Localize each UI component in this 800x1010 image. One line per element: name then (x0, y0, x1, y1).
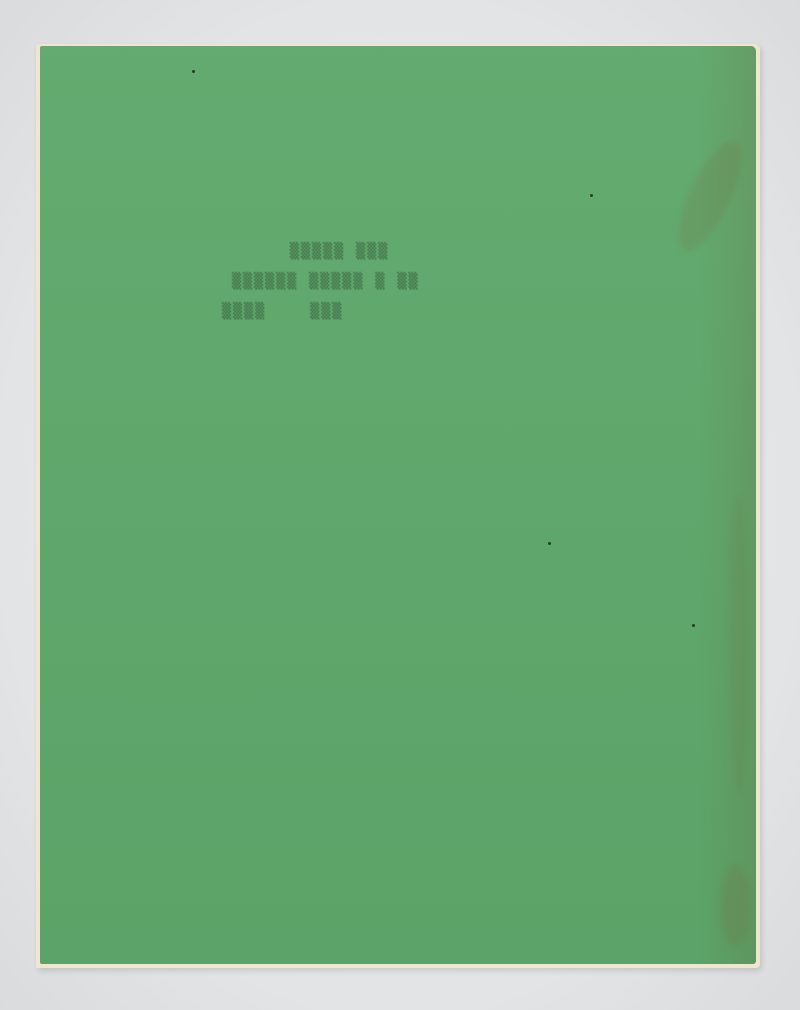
speck (192, 70, 195, 73)
wear-stain (667, 133, 754, 259)
wear-stain (720, 866, 750, 946)
speck (692, 624, 695, 627)
faded-stamp-text: ▒▒▒▒▒ ▒▒▒ ▒▒▒▒▒▒ ▒▒▒▒▒ ▒ ▒▒ ▒▒▒▒ ▒▒▒ (222, 236, 572, 336)
spine-wear (730, 496, 748, 796)
book-back-cover (40, 46, 756, 964)
speck (590, 194, 593, 197)
stamp-line-3: ▒▒▒▒ ▒▒▒ (222, 296, 572, 326)
speck (548, 542, 551, 545)
stamp-line-1: ▒▒▒▒▒ ▒▒▒ (222, 236, 572, 266)
stamp-line-2: ▒▒▒▒▒▒ ▒▒▒▒▒ ▒ ▒▒ (222, 266, 572, 296)
